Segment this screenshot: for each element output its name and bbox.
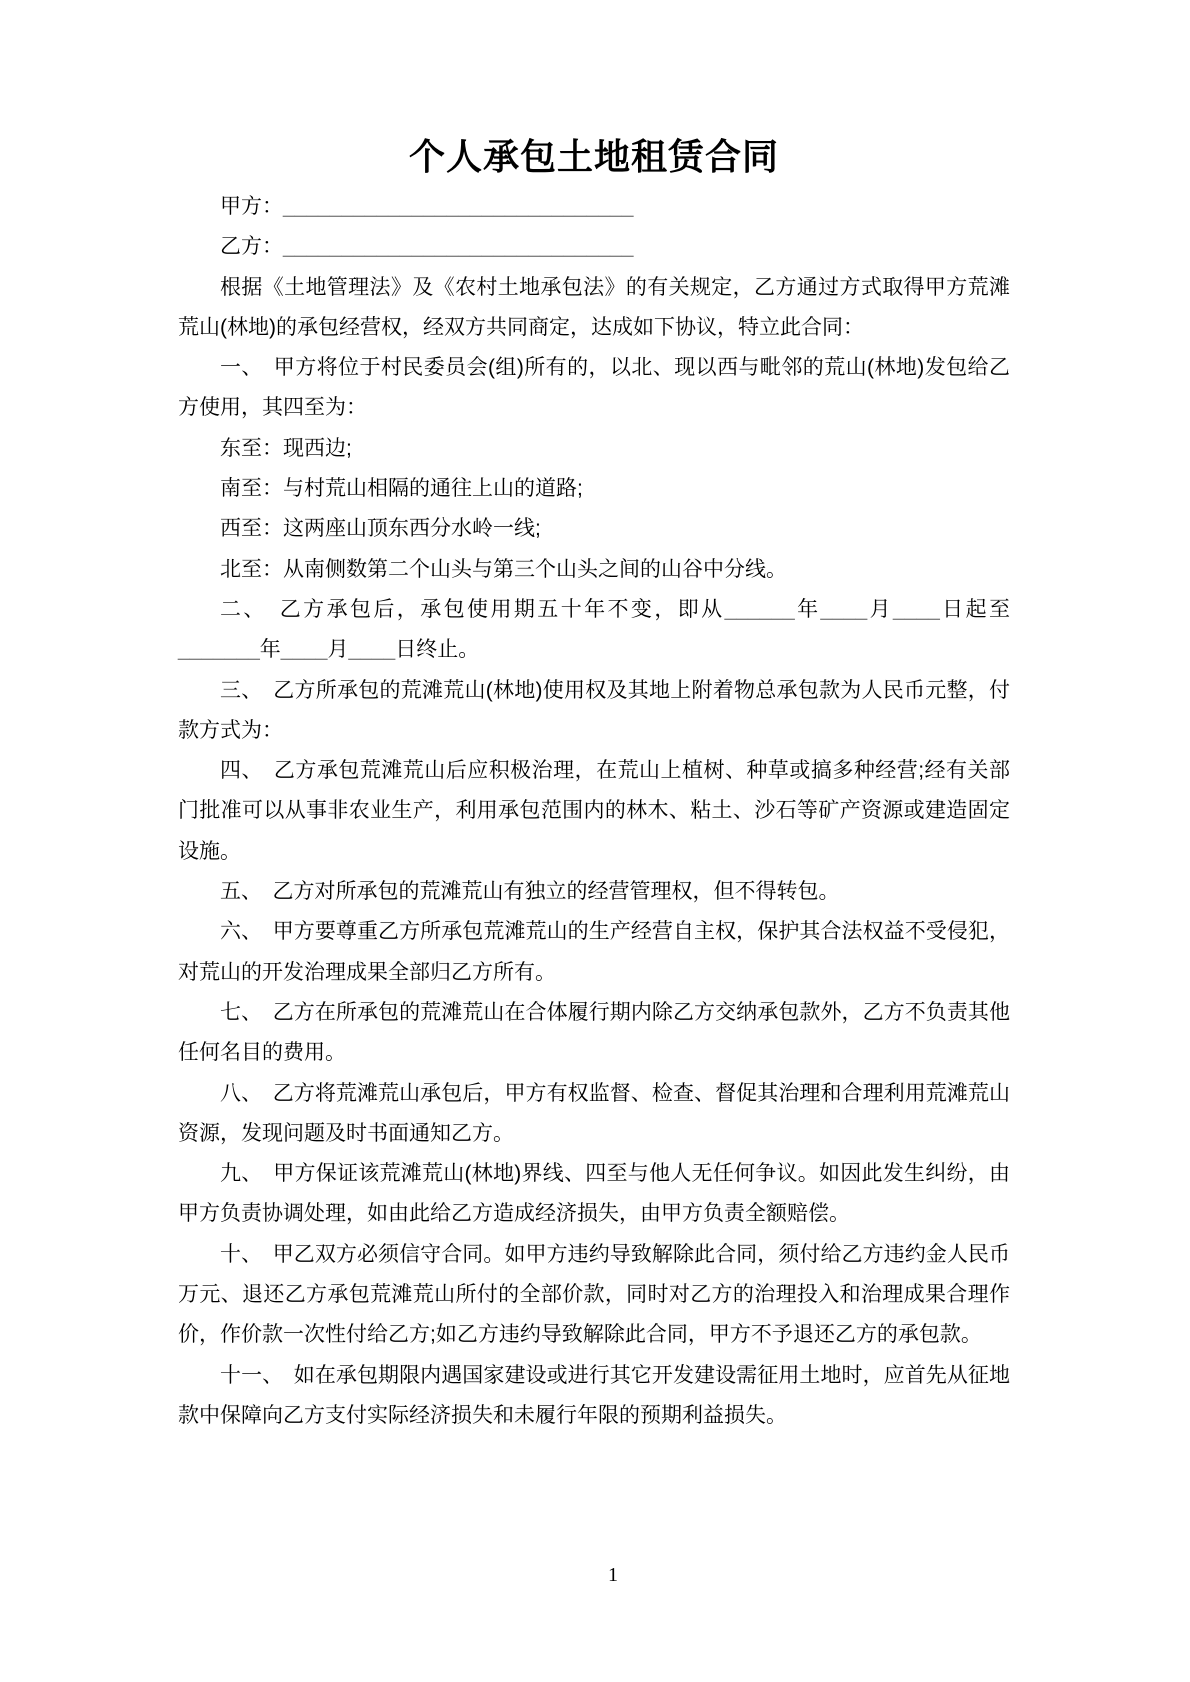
party-a-line: 甲方：______________________________	[178, 187, 1010, 227]
contract-paragraph: 西至：这两座山顶东西分水岭一线;	[178, 509, 1010, 549]
document-page: 个人承包土地租赁合同 甲方：__________________________…	[0, 0, 1190, 1682]
fill-in-blank: ____	[893, 598, 940, 621]
contract-paragraph: 三、 乙方所承包的荒滩荒山(林地)使用权及其地上附着物总承包款为人民币元整，付款…	[178, 671, 1010, 752]
contract-paragraph: 六、 甲方要尊重乙方所承包荒滩荒山的生产经营自主权，保护其合法权益不受侵犯，对荒…	[178, 912, 1010, 993]
contract-paragraph: 二、 乙方承包后，承包使用期五十年不变，即从______年____月____日起…	[178, 590, 1010, 671]
party-block: 甲方：______________________________ 乙方：___…	[178, 187, 1010, 268]
contract-paragraph: 五、 乙方对所承包的荒滩荒山有独立的经营管理权，但不得转包。	[178, 872, 1010, 912]
paragraph-text: 日终止。	[395, 638, 479, 661]
paragraph-text: 根据《土地管理法》及《农村土地承包法》的有关规定，乙方通过方式取得甲方荒滩荒山(…	[178, 276, 1010, 339]
contract-paragraph: 十一、 如在承包期限内遇国家建设或进行其它开发建设需征用土地时，应首先从征地款中…	[178, 1356, 1010, 1437]
paragraph-text: 一、 甲方将位于村民委员会(组)所有的，以北、现以西与毗邻的荒山(林地)发包给乙…	[178, 356, 1010, 419]
paragraph-text: 五、 乙方对所承包的荒滩荒山有独立的经营管理权，但不得转包。	[220, 880, 840, 903]
paragraph-text: 六、 甲方要尊重乙方所承包荒滩荒山的生产经营自主权，保护其合法权益不受侵犯，对荒…	[178, 920, 1010, 983]
paragraph-text: 月	[327, 638, 348, 661]
party-b-blank-line: ______________________________	[283, 235, 633, 258]
paragraph-text: 月	[867, 598, 893, 621]
contract-paragraph: 南至：与村荒山相隔的通往上山的道路;	[178, 469, 1010, 509]
paragraph-text: 南至：与村荒山相隔的通往上山的道路;	[220, 477, 583, 500]
fill-in-blank: ______	[725, 598, 795, 621]
paragraph-text: 八、 乙方将荒滩荒山承包后，甲方有权监督、检查、督促其治理和合理利用荒滩荒山资源…	[178, 1082, 1010, 1145]
paragraph-text: 年	[795, 598, 821, 621]
contract-paragraph: 东至：现西边;	[178, 429, 1010, 469]
fill-in-blank: ____	[348, 638, 395, 661]
contract-paragraph: 根据《土地管理法》及《农村土地承包法》的有关规定，乙方通过方式取得甲方荒滩荒山(…	[178, 268, 1010, 349]
contract-paragraph: 一、 甲方将位于村民委员会(组)所有的，以北、现以西与毗邻的荒山(林地)发包给乙…	[178, 348, 1010, 429]
contract-paragraph: 九、 甲方保证该荒滩荒山(林地)界线、四至与他人无任何争议。如因此发生纠纷，由甲…	[178, 1154, 1010, 1235]
paragraph-text: 东至：现西边;	[220, 437, 352, 460]
fill-in-blank: _______	[178, 638, 260, 661]
paragraph-text: 十一、 如在承包期限内遇国家建设或进行其它开发建设需征用土地时，应首先从征地款中…	[178, 1364, 1010, 1427]
party-a-blank-line: ______________________________	[283, 195, 633, 218]
contract-body: 根据《土地管理法》及《农村土地承包法》的有关规定，乙方通过方式取得甲方荒滩荒山(…	[178, 268, 1010, 1437]
paragraph-text: 九、 甲方保证该荒滩荒山(林地)界线、四至与他人无任何争议。如因此发生纠纷，由甲…	[178, 1162, 1010, 1225]
contract-paragraph: 北至：从南侧数第二个山头与第三个山头之间的山谷中分线。	[178, 550, 1010, 590]
document-title: 个人承包土地租赁合同	[178, 132, 1010, 182]
party-b-label: 乙方：	[220, 235, 283, 258]
contract-paragraph: 八、 乙方将荒滩荒山承包后，甲方有权监督、检查、督促其治理和合理利用荒滩荒山资源…	[178, 1074, 1010, 1155]
paragraph-text: 二、 乙方承包后，承包使用期五十年不变，即从	[220, 598, 725, 621]
page-number: 1	[18, 1563, 1190, 1587]
paragraph-text: 西至：这两座山顶东西分水岭一线;	[220, 517, 541, 540]
fill-in-blank: ____	[281, 638, 328, 661]
paragraph-text: 三、 乙方所承包的荒滩荒山(林地)使用权及其地上附着物总承包款为人民币元整，付款…	[178, 679, 1010, 742]
paragraph-text: 年	[260, 638, 281, 661]
paragraph-text: 十、 甲乙双方必须信守合同。如甲方违约导致解除此合同，须付给乙方违约金人民币万元…	[178, 1243, 1010, 1347]
party-b-line: 乙方：______________________________	[178, 227, 1010, 267]
paragraph-text: 四、 乙方承包荒滩荒山后应积极治理，在荒山上植树、种草或搞多种经营;经有关部门批…	[178, 759, 1010, 863]
paragraph-text: 七、 乙方在所承包的荒滩荒山在合体履行期内除乙方交纳承包款外，乙方不负责其他任何…	[178, 1001, 1010, 1064]
party-a-label: 甲方：	[220, 195, 283, 218]
contract-paragraph: 十、 甲乙双方必须信守合同。如甲方违约导致解除此合同，须付给乙方违约金人民币万元…	[178, 1235, 1010, 1356]
paragraph-text: 北至：从南侧数第二个山头与第三个山头之间的山谷中分线。	[220, 558, 787, 581]
paragraph-text: 日起至	[940, 598, 1010, 621]
contract-paragraph: 四、 乙方承包荒滩荒山后应积极治理，在荒山上植树、种草或搞多种经营;经有关部门批…	[178, 751, 1010, 872]
contract-paragraph: 七、 乙方在所承包的荒滩荒山在合体履行期内除乙方交纳承包款外，乙方不负责其他任何…	[178, 993, 1010, 1074]
document-content: 个人承包土地租赁合同 甲方：__________________________…	[0, 0, 1190, 1436]
fill-in-blank: ____	[821, 598, 868, 621]
